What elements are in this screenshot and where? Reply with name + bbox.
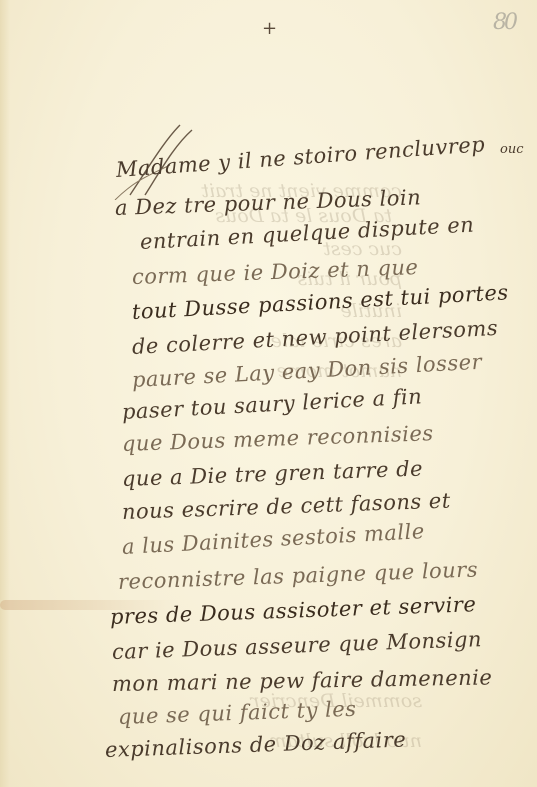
letter-line: mon mari ne pew faire damenenie [112,665,493,696]
letter-line: que a Die tre gren tarre de [122,456,424,490]
letter-line: que se qui faict ty les [118,697,357,729]
letter-line: reconnistre las paigne que lours [118,557,479,594]
manuscript-page: 80 + comme vient ne trait ta Dous le ta … [0,0,537,787]
letter-line: paser tou saury lerice a fin [121,384,422,424]
letter-line: car ie Dous asseure que Monsign [112,627,483,664]
letter-line: entrain en quelque dispute en [139,213,474,254]
letter-line: corm que ie Doiz et n que [132,255,419,289]
letter-line: que Dous meme reconnisies [122,421,434,456]
letter-line: a lus Dainites sestois malle [121,519,425,559]
superscript-insertion: ouc [500,142,523,157]
letter-body: ouc Madame y il ne stoiro rencluvrep a D… [0,0,537,787]
letter-line: a Dez tre pour ne Dous loin [115,185,422,220]
letter-line: Madame y il ne stoiro rencluvrep [115,132,486,182]
letter-line: nous escrire de cett fasons et [122,489,451,524]
letter-line: pres de Dous assisoter et servire [110,592,477,629]
letter-line: expinalisons de Doz affaire [105,727,407,762]
